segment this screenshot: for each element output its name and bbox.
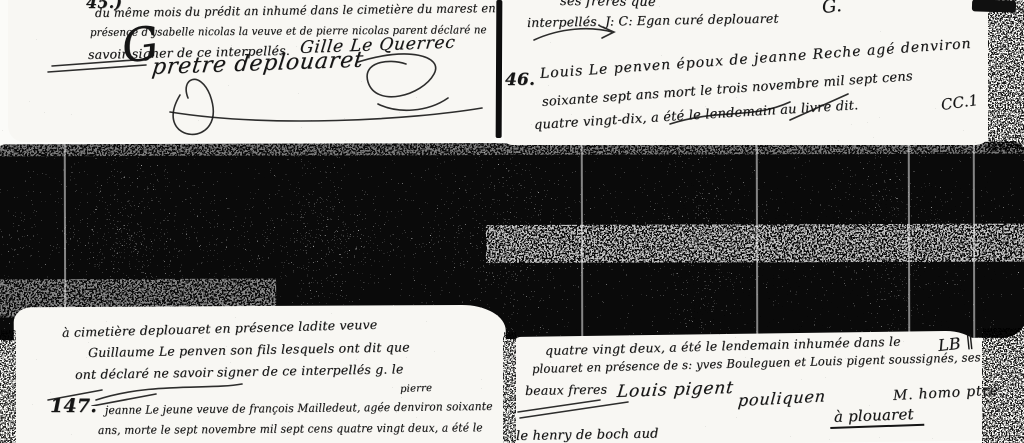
record-number-46: 46. bbox=[505, 70, 535, 90]
ink-flourish bbox=[348, 48, 458, 118]
register-line: beaux freres bbox=[525, 382, 607, 398]
record-number-147: 147. bbox=[50, 395, 97, 417]
place-line: à plouaret bbox=[830, 405, 925, 429]
register-line-cut: le henry de boch aud bbox=[516, 427, 659, 443]
witness-signature: Louis pigent bbox=[616, 378, 735, 402]
paraph-flourish: G. bbox=[821, 0, 843, 18]
register-line: ses frères que bbox=[560, 0, 656, 10]
register-line: ans, morte le sept novembre mil sept cen… bbox=[98, 420, 483, 437]
marginal-word: pierre bbox=[400, 383, 433, 395]
scanned-register-page: 45.) du même mois du prédit an inhumé da… bbox=[0, 0, 1024, 443]
